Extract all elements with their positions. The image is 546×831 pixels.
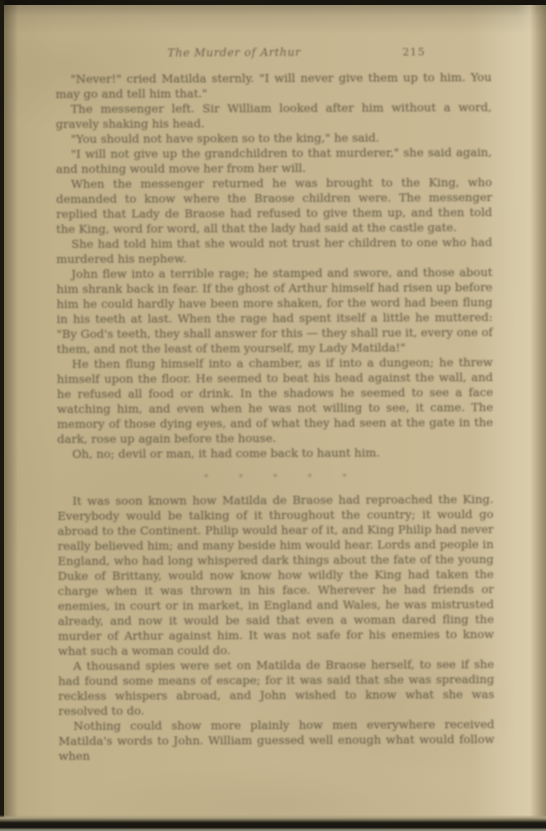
running-header: The Murder of Arthur 215 [55,45,491,65]
paragraph: She had told him that she would not trus… [56,235,492,267]
page-right-edge-highlight [516,0,546,831]
scanned-book-page: The Murder of Arthur 215 "Never!" cried … [0,0,546,831]
scan-bottom-edge [0,815,546,831]
paragraph: John flew into a terrible rage; he stamp… [56,265,492,357]
paragraph: He then flung himself into a chamber, as… [57,355,493,447]
page-content: The Murder of Arthur 215 "Never!" cried … [55,45,494,764]
paragraph: Nothing could show more plainly how men … [58,717,494,764]
paragraph: Oh, no; devil or man, it had come back t… [57,445,493,462]
section-divider-ornament: * * * * * [57,469,493,486]
page-body-text: "Never!" cried Matilda sternly. "I will … [56,70,495,764]
running-header-title: The Murder of Arthur [55,45,413,60]
page-number: 215 [402,46,425,58]
paragraph: When the messenger returned he was broug… [56,175,492,237]
scan-top-edge [0,0,546,5]
page-gutter-shadow [4,0,18,831]
paragraph: It was soon known how Matilda de Braose … [57,492,494,659]
paragraph: The messenger left. Sir William looked a… [56,100,492,132]
paragraph: "Never!" cried Matilda sternly. "I will … [56,70,492,102]
paragraph: A thousand spies were set on Matilda de … [58,657,494,719]
scan-left-edge [0,0,4,831]
paragraph: "I will not give up the grandchildren to… [56,145,492,177]
